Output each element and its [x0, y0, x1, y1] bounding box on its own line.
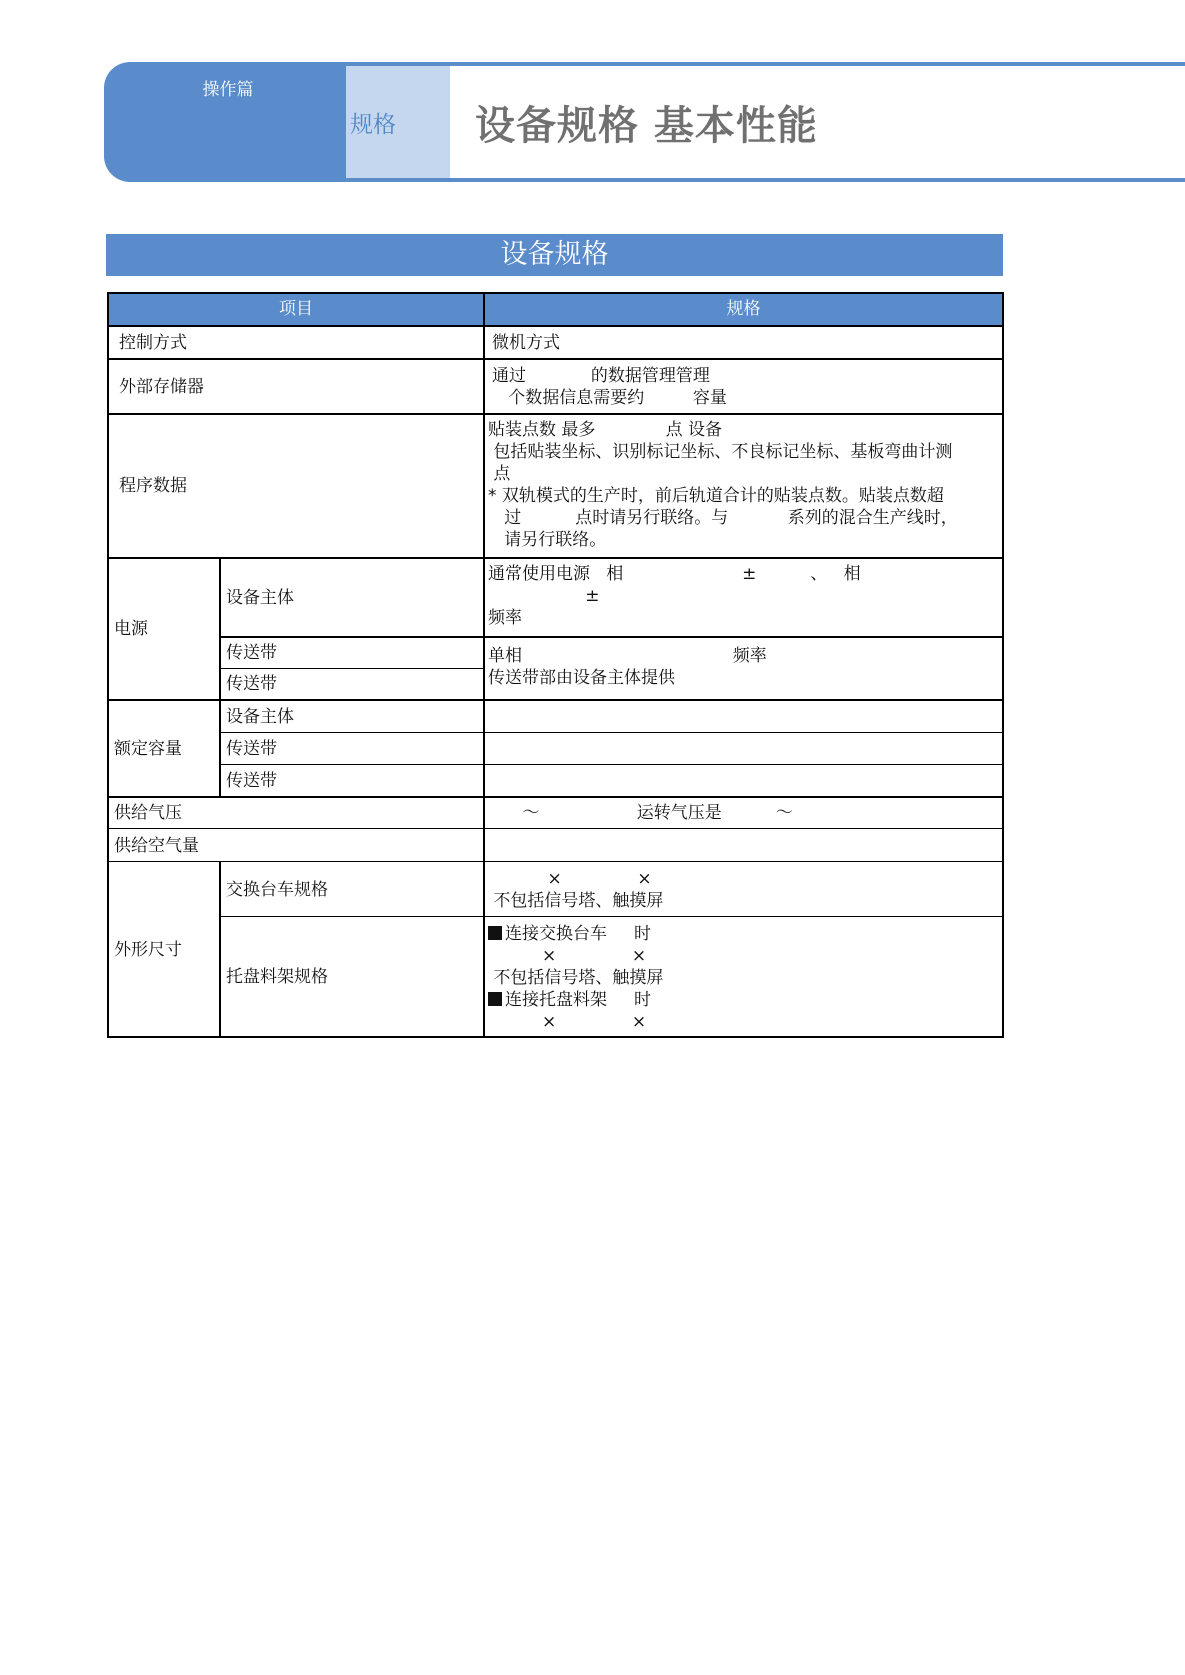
spec-line: 连接托盘料架 时 — [488, 989, 1002, 1011]
row-divider — [219, 668, 485, 669]
spec-line: ～ 运转气压是 ～ — [490, 802, 793, 824]
row-value-dimensions-tray: 连接交换台车 时 × × 不包括信号塔、触摸屏 连接托盘料架 时 × × — [485, 923, 1002, 1036]
spec-line: 包括贴装坐标、识别标记坐标、不良标记坐标、基板弯曲计测 — [488, 441, 1002, 463]
row-sublabel-capacity-conveyor-1: 传送带 — [221, 734, 483, 764]
page-title: 设备规格 基本性能 — [475, 94, 818, 151]
spec-text: 连接交换台车 时 — [505, 924, 651, 944]
row-divider — [109, 325, 1002, 327]
row-divider — [109, 557, 1002, 559]
header-bottom-rule — [346, 178, 1185, 182]
spec-line: 微机方式 — [492, 332, 1002, 354]
row-sublabel-dimensions-cart: 交换台车规格 — [221, 863, 483, 916]
row-label-program: 程序数据 — [109, 415, 483, 557]
spec-line: × × — [488, 868, 1002, 890]
row-sublabel-capacity-conveyor-2: 传送带 — [221, 766, 483, 796]
row-value-dimensions-cart: × × 不包括信号塔、触摸屏 — [485, 868, 1002, 918]
black-square-icon — [488, 926, 502, 940]
row-label-capacity: 额定容量 — [109, 701, 219, 796]
spec-line: * 双轨模式的生产时，前后轨道合计的贴装点数。贴装点数超 — [488, 485, 1002, 507]
row-label-control: 控制方式 — [109, 327, 483, 358]
sub-column-divider — [219, 558, 221, 797]
row-value-power-conveyor: 单相 频率 传送带部由设备主体提供 — [485, 645, 1002, 699]
spec-line: × × — [488, 945, 1002, 967]
spec-line: 请另行联络。 — [488, 529, 1002, 551]
spec-line: 通过 的数据管理管理 — [492, 365, 1002, 387]
row-value-capacity-conveyor-2 — [485, 766, 1002, 796]
row-value-air-pressure: ～ 运转气压是 ～ — [485, 798, 1002, 828]
chapter-label: 操作篇 — [104, 75, 352, 100]
row-divider — [109, 828, 1002, 829]
row-divider — [219, 764, 1002, 765]
column-header-spec: 规格 — [485, 294, 1002, 325]
row-divider — [109, 699, 1002, 701]
row-value-capacity-main — [485, 701, 1002, 732]
spec-table: 项目 规格 控制方式 微机方式 外部存储器 通过 的数据管理管理 个数据信息需要… — [107, 292, 1004, 1038]
sub-column-divider — [219, 862, 221, 1036]
row-value-program: 贴装点数 最多 点 设备 包括贴装坐标、识别标记坐标、不良标记坐标、基板弯曲计测… — [485, 419, 1002, 559]
row-divider — [219, 916, 1002, 917]
row-divider — [109, 358, 1002, 360]
row-value-capacity-conveyor-1 — [485, 734, 1002, 764]
spec-line: × × — [488, 1011, 1002, 1033]
spec-line: 个数据信息需要约 容量 — [492, 387, 1002, 409]
spec-line: 连接交换台车 时 — [488, 923, 1002, 945]
section-title: 设备规格 — [106, 234, 1003, 276]
row-divider — [109, 796, 1002, 798]
row-divider — [109, 413, 1002, 415]
row-divider — [219, 732, 1002, 733]
spec-line: 通常使用电源 相 ± 、 相 — [488, 563, 1002, 585]
row-sublabel-dimensions-tray: 托盘料架规格 — [221, 918, 483, 1036]
sub-section-label: 规格 — [350, 106, 396, 139]
row-sublabel-power-conveyor-1: 传送带 — [221, 638, 483, 668]
row-label-air-volume: 供给空气量 — [109, 830, 483, 861]
row-value-control: 微机方式 — [485, 332, 1002, 360]
row-label-storage: 外部存储器 — [109, 360, 483, 413]
spec-line: 单相 频率 — [488, 645, 1002, 667]
spec-line: 贴装点数 最多 点 设备 — [488, 419, 1002, 441]
row-divider — [219, 636, 1002, 638]
row-value-air-volume — [485, 830, 1002, 861]
row-sublabel-power-main: 设备主体 — [221, 559, 483, 636]
row-value-storage: 通过 的数据管理管理 个数据信息需要约 容量 — [485, 365, 1002, 415]
spec-line: 过 点时请另行联络。与 系列的混合生产线时， — [488, 507, 1002, 529]
spec-line: 点 — [488, 463, 1002, 485]
spec-line: 传送带部由设备主体提供 — [488, 667, 1002, 689]
spec-line: 不包括信号塔、触摸屏 — [488, 890, 1002, 912]
spec-line: 不包括信号塔、触摸屏 — [488, 967, 1002, 989]
row-label-air-pressure: 供给气压 — [109, 798, 483, 828]
black-square-icon — [488, 992, 502, 1006]
header-top-rule — [346, 62, 1185, 66]
row-divider — [109, 861, 1002, 862]
row-label-power: 电源 — [109, 559, 219, 699]
row-sublabel-power-conveyor-2: 传送带 — [221, 669, 483, 699]
spec-line: ± — [488, 585, 1002, 607]
row-sublabel-capacity-main: 设备主体 — [221, 701, 483, 732]
column-divider — [483, 294, 485, 1036]
spec-text: 连接托盘料架 时 — [505, 990, 651, 1010]
row-value-power-main: 通常使用电源 相 ± 、 相 ± 频率 — [485, 563, 1002, 638]
spec-line: 频率 — [488, 607, 1002, 629]
row-label-dimensions: 外形尺寸 — [109, 863, 219, 1036]
column-header-item: 项目 — [109, 294, 483, 325]
